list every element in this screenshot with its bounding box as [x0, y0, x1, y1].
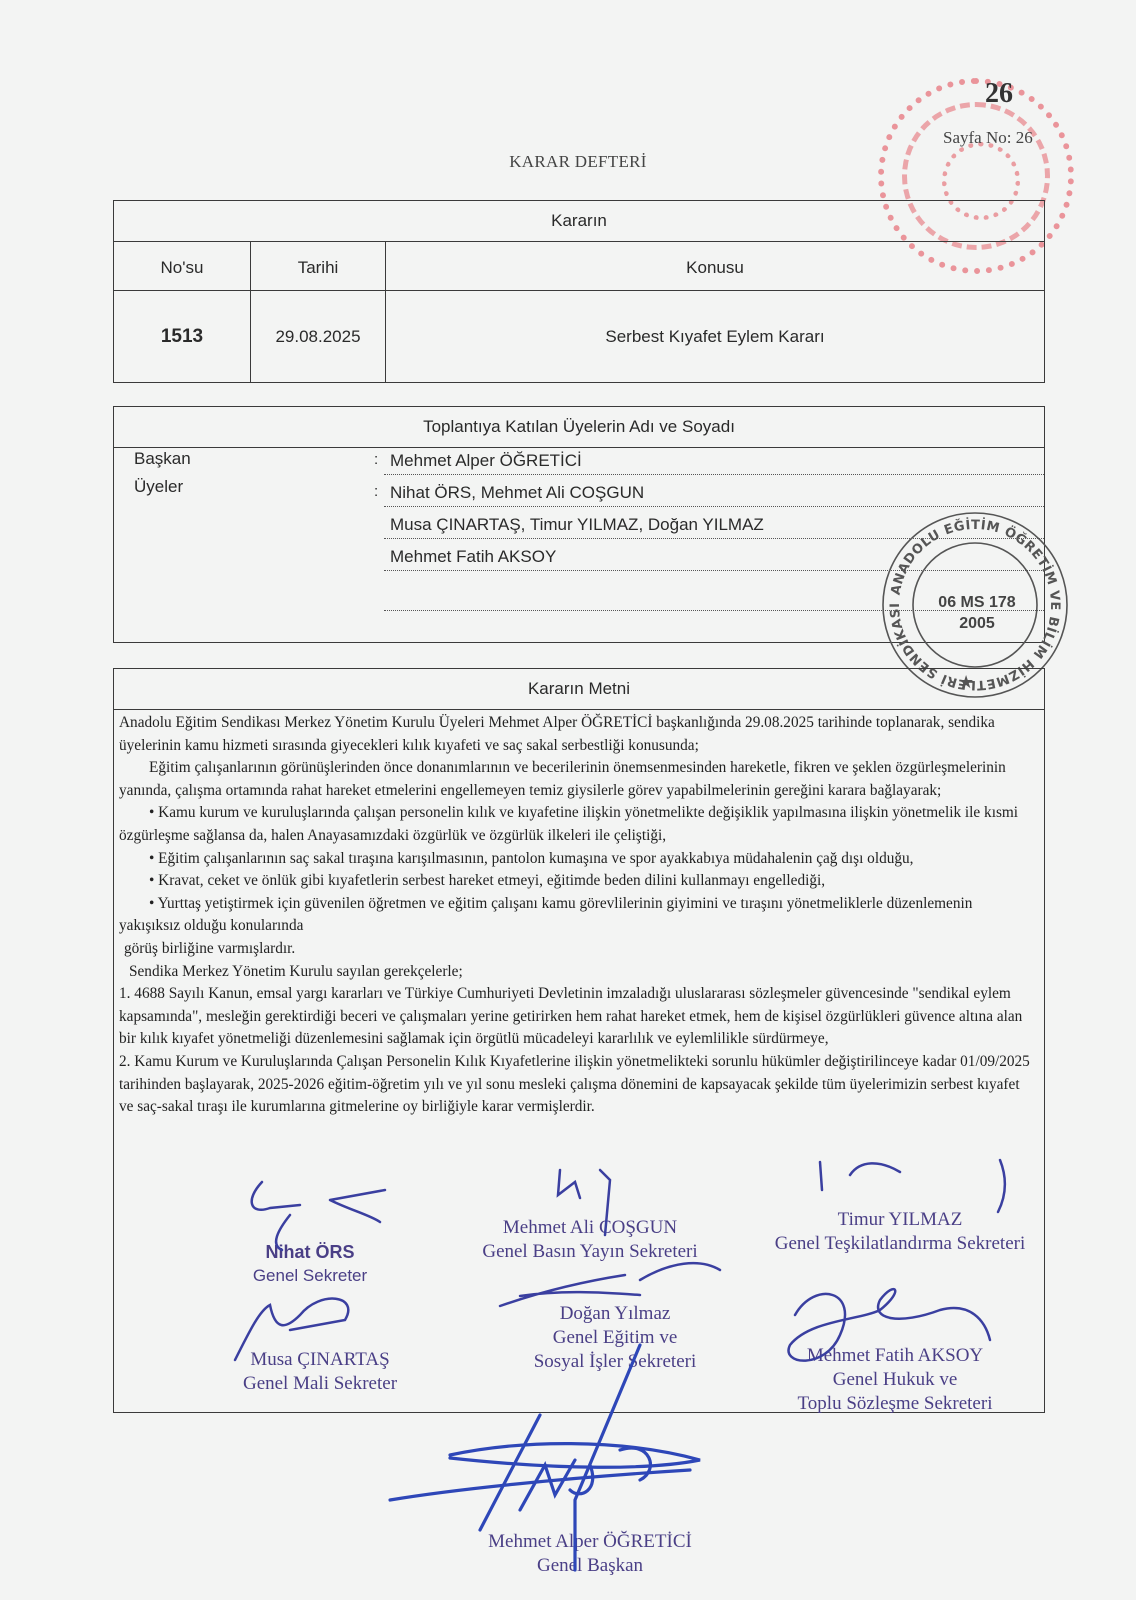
attendee-line-chair: Mehmet Alper ÖĞRETİCİ	[384, 447, 1044, 475]
signatory-mehmet-ali-cosgun: Mehmet Ali COŞGUN Genel Basın Yayın Sekr…	[440, 1216, 740, 1264]
attendee-line: Nihat ÖRS, Mehmet Ali COŞGUN	[384, 479, 1044, 507]
decision-info-table: Kararın No'su Tarihi Konusu 1513 29.08.2…	[113, 200, 1045, 383]
chair-label: Başkan	[134, 449, 191, 469]
paragraph: Anadolu Eğitim Sendikası Merkez Yönetim …	[119, 712, 1034, 757]
decision-header-row: No'su Tarihi Konusu	[114, 242, 1044, 291]
column-header-date: Tarihi	[251, 242, 386, 290]
members-label: Üyeler	[134, 477, 183, 497]
bullet-item: • Eğitim çalışanlarının saç sakal tıraşı…	[119, 848, 1034, 871]
page-number-label: Sayfa No: 26	[943, 128, 1033, 148]
signatory-title: Genel Başkan	[440, 1554, 740, 1578]
signatory-musa-cinartas: Musa ÇINARTAŞ Genel Mali Sekreter	[220, 1348, 420, 1396]
column-header-subject: Konusu	[386, 242, 1044, 290]
numbered-item: 2. Kamu Kurum ve Kuruluşlarında Çalışan …	[119, 1051, 1034, 1119]
page-number-large: 26	[985, 78, 1013, 110]
signatory-name: Timur YILMAZ	[760, 1208, 1040, 1232]
signatory-title: Genel Sekreter	[220, 1264, 400, 1288]
signatory-name: Mehmet Alper ÖĞRETİCİ	[440, 1530, 740, 1554]
stamp-code-year: 2005	[922, 613, 1032, 634]
numbered-item: 1. 4688 Sayılı Kanun, emsal yargı kararl…	[119, 983, 1034, 1051]
column-header-number: No'su	[114, 242, 251, 290]
paragraph: görüş birliğine varmışlardır.	[119, 938, 1034, 961]
attendees-section-title: Toplantıya Katılan Üyelerin Adı ve Soyad…	[114, 407, 1044, 448]
decision-date: 29.08.2025	[251, 291, 386, 382]
decision-subject: Serbest Kıyafet Eylem Kararı	[386, 291, 1044, 382]
signatory-title: Sosyal İşler Sekreteri	[490, 1350, 740, 1374]
signatory-name: Musa ÇINARTAŞ	[220, 1348, 420, 1372]
signatory-mehmet-fatih-aksoy: Mehmet Fatih AKSOY Genel Hukuk ve Toplu …	[770, 1344, 1020, 1416]
stamp-code: 06 MS 178 2005	[922, 592, 1032, 634]
signatory-name: Mehmet Fatih AKSOY	[770, 1344, 1020, 1368]
decision-value-row: 1513 29.08.2025 Serbest Kıyafet Eylem Ka…	[114, 291, 1044, 382]
stamp-code-number: 06 MS 178	[922, 592, 1032, 613]
signatory-nihat-ors: Nihat ÖRS Genel Sekreter	[220, 1240, 400, 1288]
signatory-name: Mehmet Ali COŞGUN	[440, 1216, 740, 1240]
signatory-title: Genel Teşkilatlandırma Sekreteri	[760, 1232, 1040, 1256]
signatory-title: Toplu Sözleşme Sekreteri	[770, 1392, 1020, 1416]
members-colon: :	[374, 483, 378, 500]
decision-section-title: Kararın	[114, 201, 1044, 242]
signatory-dogan-yilmaz: Doğan Yılmaz Genel Eğitim ve Sosyal İşle…	[490, 1302, 740, 1374]
paragraph: Sendika Merkez Yönetim Kurulu sayılan ge…	[119, 961, 1034, 984]
signatory-title: Genel Basın Yayın Sekreteri	[440, 1240, 740, 1264]
signatory-name: Nihat ÖRS	[220, 1240, 400, 1264]
signatory-mehmet-alper-ogretici: Mehmet Alper ÖĞRETİCİ Genel Başkan	[440, 1530, 740, 1578]
signatory-name: Doğan Yılmaz	[490, 1302, 740, 1326]
bullet-item: • Kravat, ceket ve önlük gibi kıyafetler…	[119, 870, 1034, 893]
decision-number: 1513	[114, 291, 251, 382]
bullet-item: • Kamu kurum ve kuruluşlarında çalışan p…	[119, 802, 1034, 847]
signatory-timur-yilmaz: Timur YILMAZ Genel Teşkilatlandırma Sekr…	[760, 1208, 1040, 1256]
decision-text-title: Kararın Metni	[114, 669, 1044, 710]
bullet-item: • Yurttaş yetiştirmek için güvenilen öğr…	[119, 893, 1034, 938]
signatory-title: Genel Mali Sekreter	[220, 1372, 420, 1396]
chair-colon: :	[374, 451, 378, 468]
signatory-title: Genel Eğitim ve	[490, 1326, 740, 1350]
decision-body: Anadolu Eğitim Sendikası Merkez Yönetim …	[114, 710, 1044, 1119]
signatory-title: Genel Hukuk ve	[770, 1368, 1020, 1392]
paragraph: Eğitim çalışanlarının görünüşlerinden ön…	[119, 757, 1034, 802]
document-title: KARAR DEFTERİ	[0, 152, 1136, 172]
